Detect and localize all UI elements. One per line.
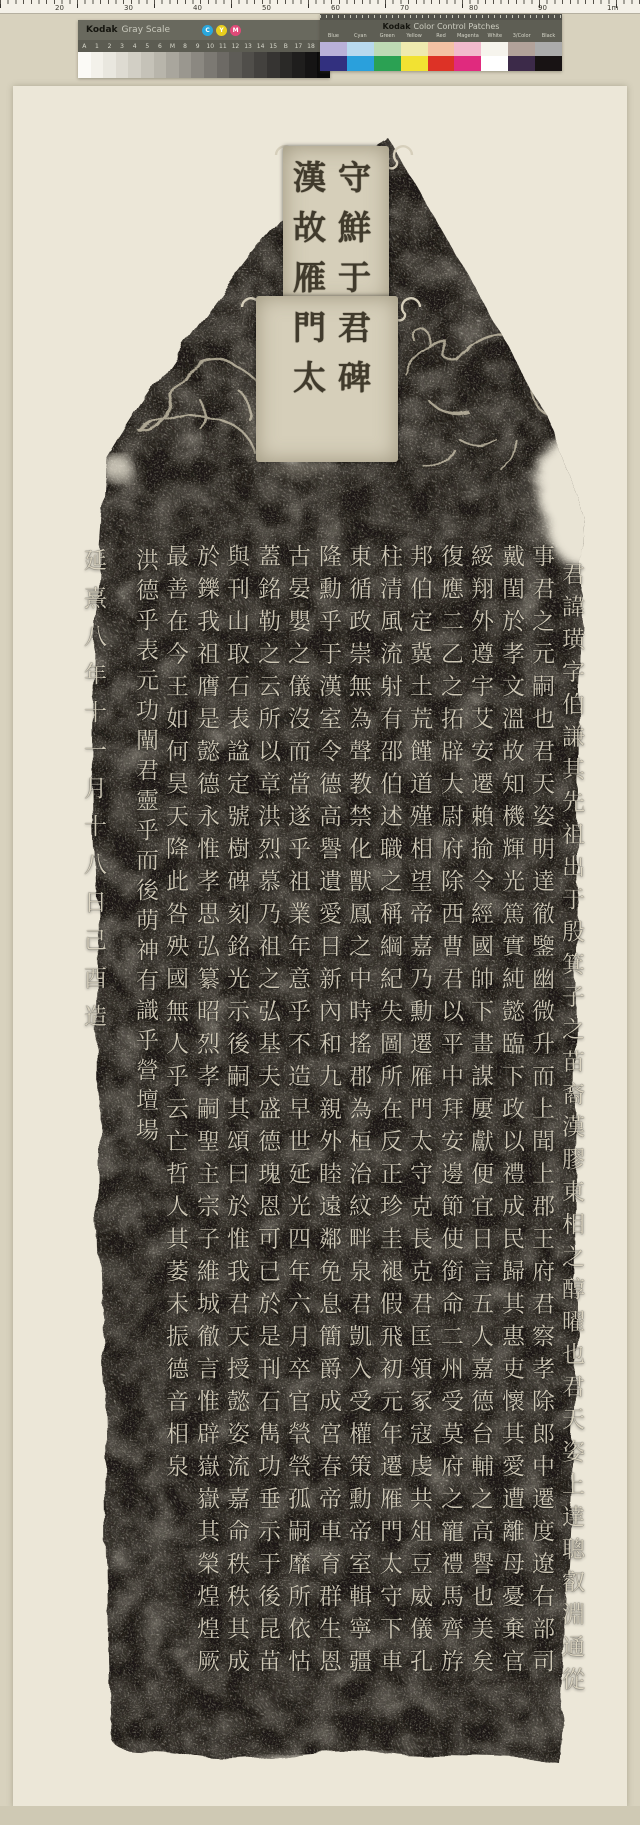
inscription-column: 延熹八年十一月十八日己酉造	[72, 548, 104, 1042]
inscription-column: 柱清風流射有邵伯述職之稱綱紀失圖所在反正珍圭褪假飛初元年遷雁門太守下車	[368, 544, 400, 1682]
seal-title-column: 漢故雁門太	[291, 160, 324, 460]
inscription-column: 古晏嬰之儀沒而當遂乎祖業年意乎不造早世延光四年六月卒官煢煢孤嗣靡所依怙	[276, 544, 308, 1682]
inscription-column: 蓋銘勒之云所以章洪烈慕乃祖之弘基夫盛德瑰恩可已於是刊石雋功垂示于後昆苗	[246, 544, 278, 1682]
inscription-column: 戴閨於孝文溫故知機輝光篤實純懿臨下政以禮成民歸其惠吏懷其愛遭離母憂棄官	[490, 544, 522, 1682]
inscription-column: 君諱璜字伯謙其先祖出于殷箕子之苗裔漢膠東相之醇曜也君天姿上達聰叡淵通從	[550, 562, 582, 1700]
inscription-column: 洪德乎表元功闡君靈乎而後萌神有識乎營壇場	[124, 548, 156, 1148]
seal-script-title: 漢故雁門太守鮮于君碑	[272, 160, 388, 460]
inscription-column: 隆勳乎于漢室令德高譽遺愛日新內和九親外睦遠鄰免息簡爵成宮春帝車育群生恩	[307, 544, 339, 1682]
seal-title-column: 守鮮于君碑	[336, 160, 369, 460]
inscription-column: 與刊山取石表諡定號樹碑刻銘光示後嗣其頌曰於惟我君天授懿姿流嘉命秩秩其成	[215, 544, 247, 1682]
inscription-column: 綏翔外遵宇艾安遷賴揄令經國帥下畫謀屢獻便宜日言五人嘉德台輔之高譽也美矣	[459, 544, 491, 1682]
inscription-column: 復應二乙之拓辟大尉府除西曹君以平中拜安邊節使銜命二州受莫府之寵禮馬齊斿	[429, 544, 461, 1682]
scanned-rubbing-page: 20304050607080901m Kodak Gray Scale CYM …	[0, 0, 640, 1825]
inscription-column: 於鑠我祖膺是懿德永惟孝思弘纂昭烈孝嗣聖主宗子維城徹言惟辟嶽嶽其榮煌煌厥	[185, 544, 217, 1682]
inscription-column: 邦伯定冀土荒饉道殣相望帝嘉乃勳遷雁門太守克長克君匡領冢寇虔共俎豆威儀孔	[398, 544, 430, 1682]
inscription-column: 東循政崇無為聲教禁化獸鳳之中時搖郡為桓治紋畔泉君凱入受權策勳帝室輯寧疆	[337, 544, 369, 1682]
inscription-column: 最善在今王如何昊天降此咎殃國無人乎云亡哲人其萎未振德音相泉	[154, 544, 186, 1487]
inscription-column: 事君之元嗣也君天姿明達徹鑒幽微升而上聞上郡王府君察孝除郎中遷度遼右部司	[520, 544, 552, 1682]
